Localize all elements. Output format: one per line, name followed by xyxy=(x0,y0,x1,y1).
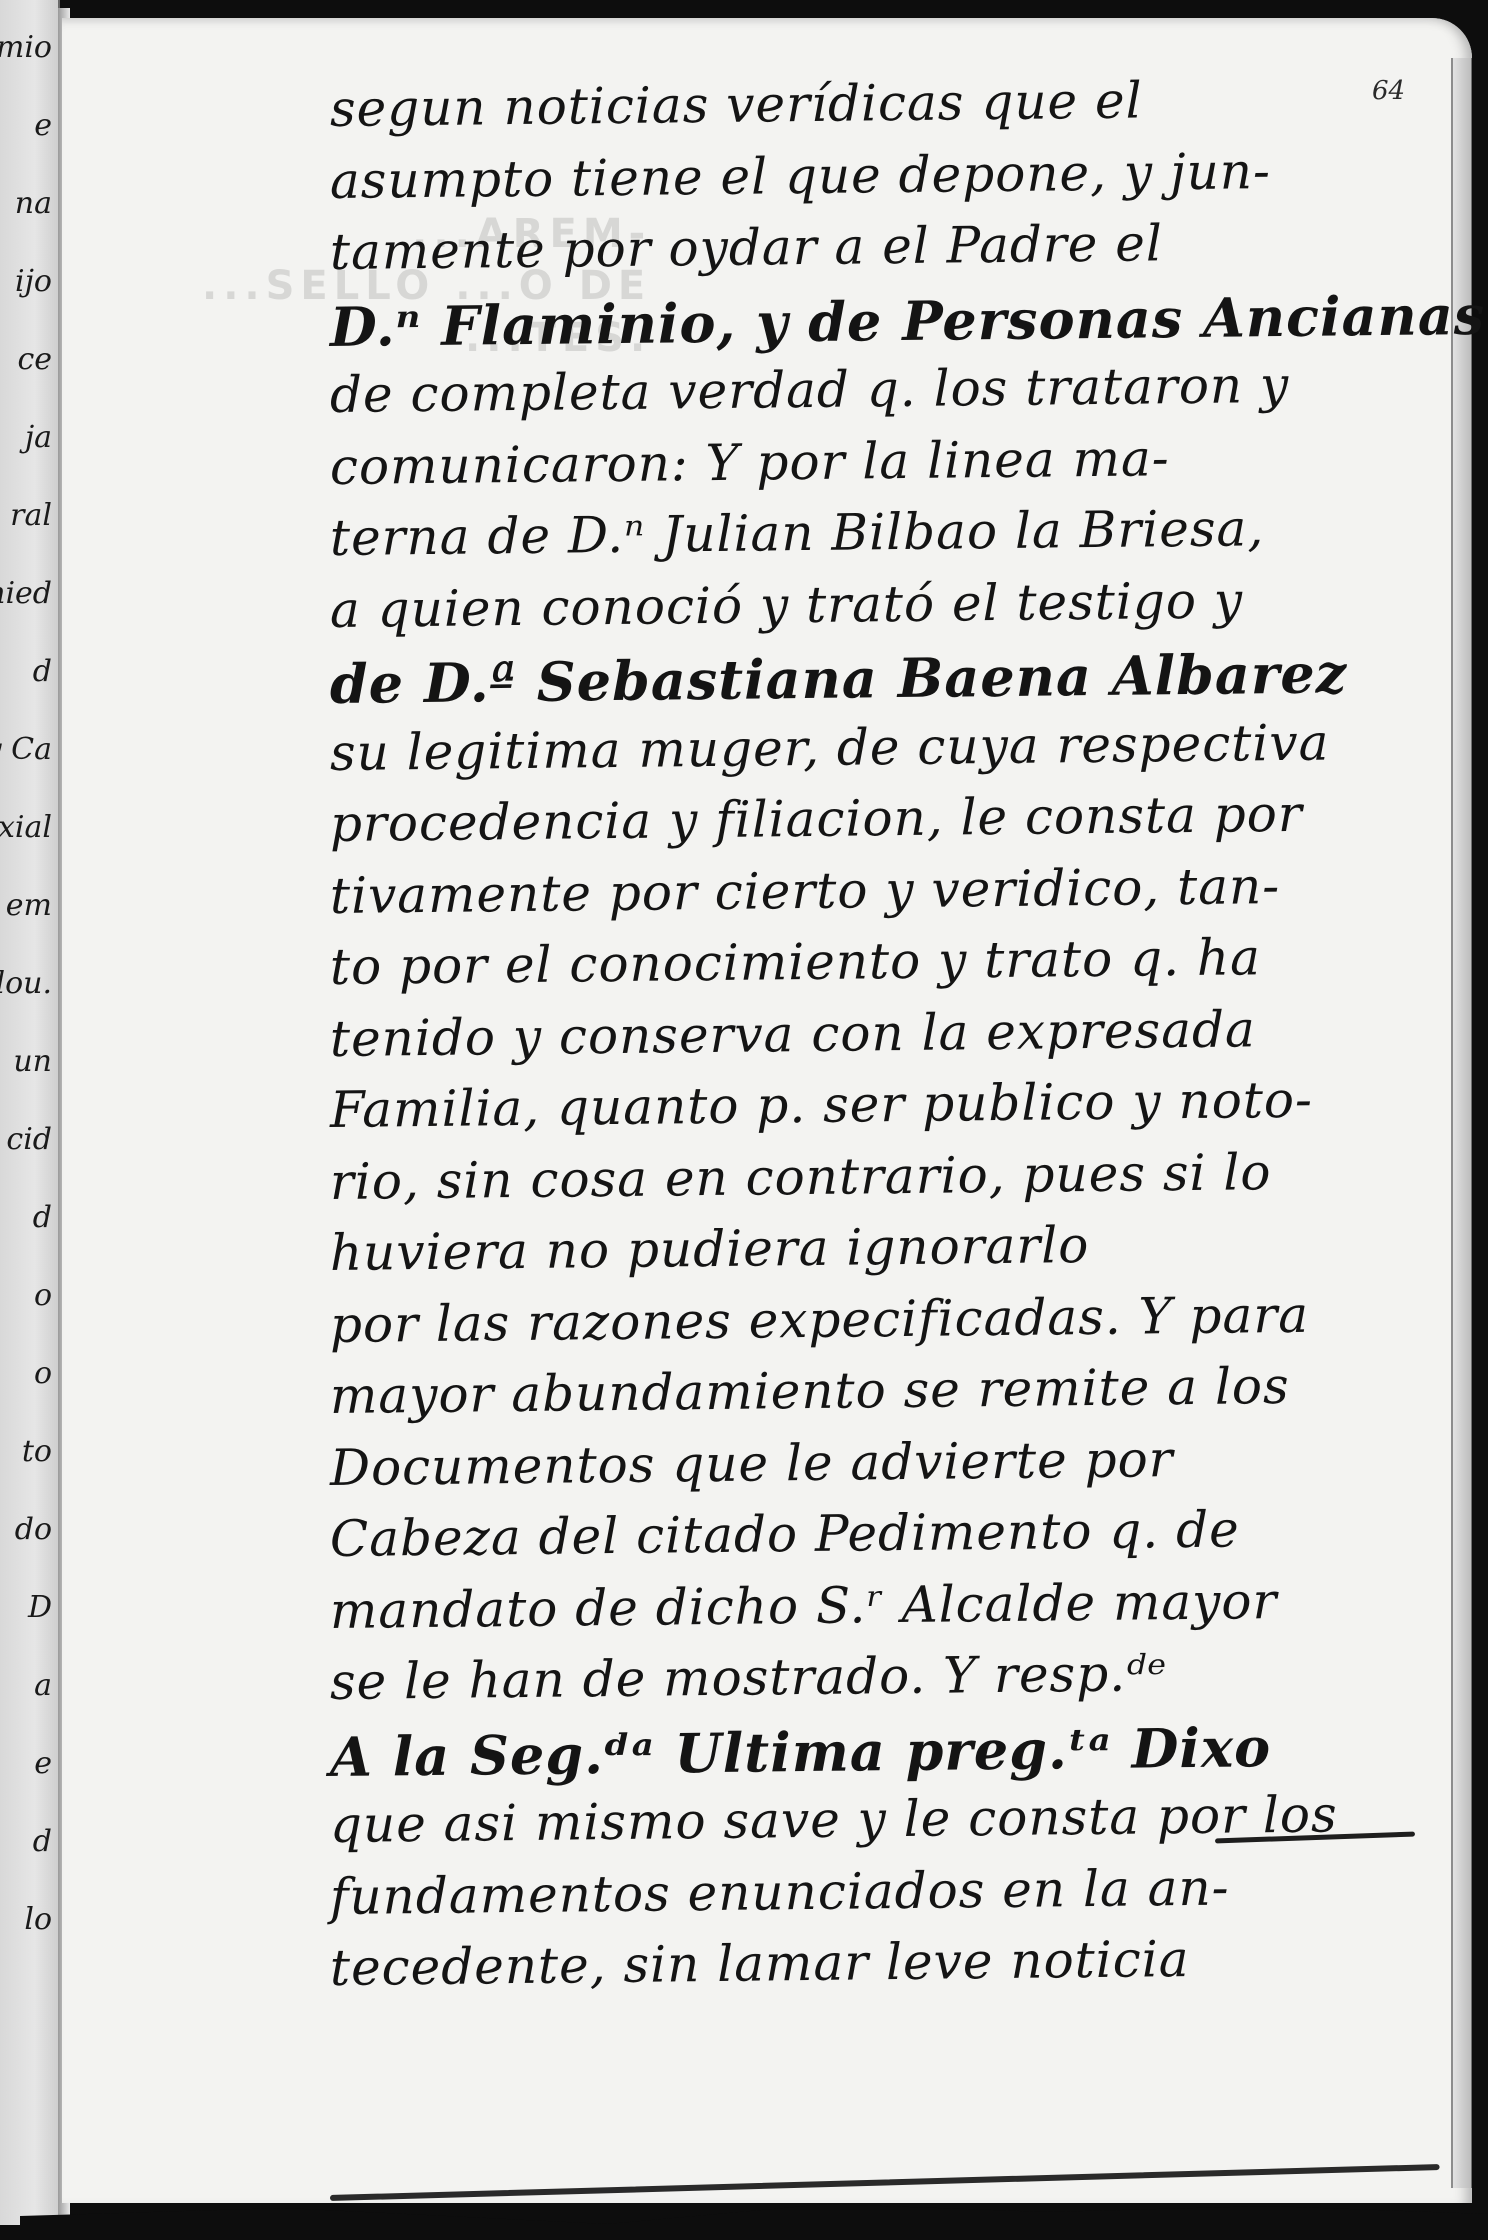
text-line: comunicaron: Y por la linea ma- xyxy=(330,426,1431,509)
adjacent-page-fragment: cid xyxy=(6,1122,52,1157)
adjacent-page-fragment: to xyxy=(22,1434,52,1469)
text-line: asumpto tiene el que depone, y jun- xyxy=(330,140,1431,223)
adjacent-page-fragment: xial xyxy=(0,810,52,845)
adjacent-page-fragment: d xyxy=(33,1200,52,1235)
text-line: huviera no pudiera ignorarlo xyxy=(330,1212,1431,1295)
adjacent-page-fragment: y Ca xyxy=(0,732,52,767)
text-line: to por el conocimiento y trato q. ha xyxy=(330,926,1431,1009)
text-line: terna de D.ⁿ Julian Bilbao la Briesa, xyxy=(330,497,1431,580)
text-line: A la Seg.ᵈᵃ Ultima preg.ᵗᵃ Dixo xyxy=(330,1713,1431,1796)
text-line: mayor abundamiento se remite a los xyxy=(330,1355,1431,1438)
text-line: segun noticias verídicas que el xyxy=(330,68,1431,151)
adjacent-page-fragment: em xyxy=(6,888,52,923)
text-line: Familia, quanto p. ser publico y noto- xyxy=(330,1069,1431,1152)
text-line: rio, sin cosa en contrario, pues si lo xyxy=(330,1141,1431,1224)
adjacent-page-fragment: a xyxy=(34,1668,52,1703)
adjacent-page-fragment: lo xyxy=(24,1902,52,1937)
text-line: a quien conoció y trató el testigo y xyxy=(330,569,1431,652)
adjacent-page-fragment: nied xyxy=(0,576,52,611)
text-line: se le han de mostrado. Y resp.ᵈᵉ xyxy=(330,1641,1431,1724)
adjacent-page-fragment: D xyxy=(28,1590,52,1625)
adjacent-page-fragment: do xyxy=(15,1512,52,1547)
text-line: mandato de dicho S.ʳ Alcalde mayor xyxy=(330,1570,1431,1653)
adjacent-page-fragment: ja xyxy=(25,420,52,455)
adjacent-page-fragment: mio xyxy=(0,30,52,65)
adjacent-page-fragment: na xyxy=(15,186,52,221)
adjacent-page-fragment: o xyxy=(34,1278,52,1313)
text-line: Documentos que le advierte por xyxy=(330,1427,1431,1510)
adjacent-page-fragment: ce xyxy=(17,342,52,377)
adjacent-page-fragment: o xyxy=(34,1356,52,1391)
text-line: su legitima muger, de cuya respectiva xyxy=(330,712,1431,795)
text-line: Cabeza del citado Pedimento q. de xyxy=(330,1498,1431,1581)
manuscript-text-block: segun noticias verídicas que el asumpto … xyxy=(330,80,1430,2011)
text-line: de D.ª Sebastiana Baena Albarez xyxy=(330,640,1431,723)
text-line: tivamente por cierto y veridico, tan- xyxy=(330,855,1431,938)
text-line: tecedente, sin lamar leve noticia xyxy=(330,1927,1431,2010)
adjacent-page-strip: mioenaijocejaralnieddy Caxialemlou.uncid… xyxy=(0,0,60,2225)
adjacent-page-fragment: e xyxy=(34,1746,52,1781)
text-line: D.ⁿ Flaminio, y de Personas Ancianas xyxy=(330,283,1431,366)
page-bottom-edge xyxy=(20,2200,1488,2240)
adjacent-page-fragment: ral xyxy=(10,498,52,533)
adjacent-page-fragment: e xyxy=(34,108,52,143)
text-line: fundamentos enunciados en la an- xyxy=(330,1856,1431,1939)
adjacent-page-fragment: un xyxy=(13,1044,52,1079)
text-line: que asi mismo save y le consta por los xyxy=(330,1784,1431,1867)
text-line: de completa verdad q. los trataron y xyxy=(330,354,1431,437)
adjacent-page-fragment: d xyxy=(33,1824,52,1859)
text-line: tamente por oydar a el Padre el xyxy=(330,211,1431,294)
adjacent-page-fragment: ijo xyxy=(15,264,52,299)
adjacent-page-fragment: d xyxy=(33,654,52,689)
adjacent-page-fragment: lou. xyxy=(0,966,52,1001)
text-line: procedencia y filiacion, le consta por xyxy=(330,783,1431,866)
text-line: por las razones expecificadas. Y para xyxy=(330,1284,1431,1367)
text-line: tenido y conserva con la expresada xyxy=(330,998,1431,1081)
